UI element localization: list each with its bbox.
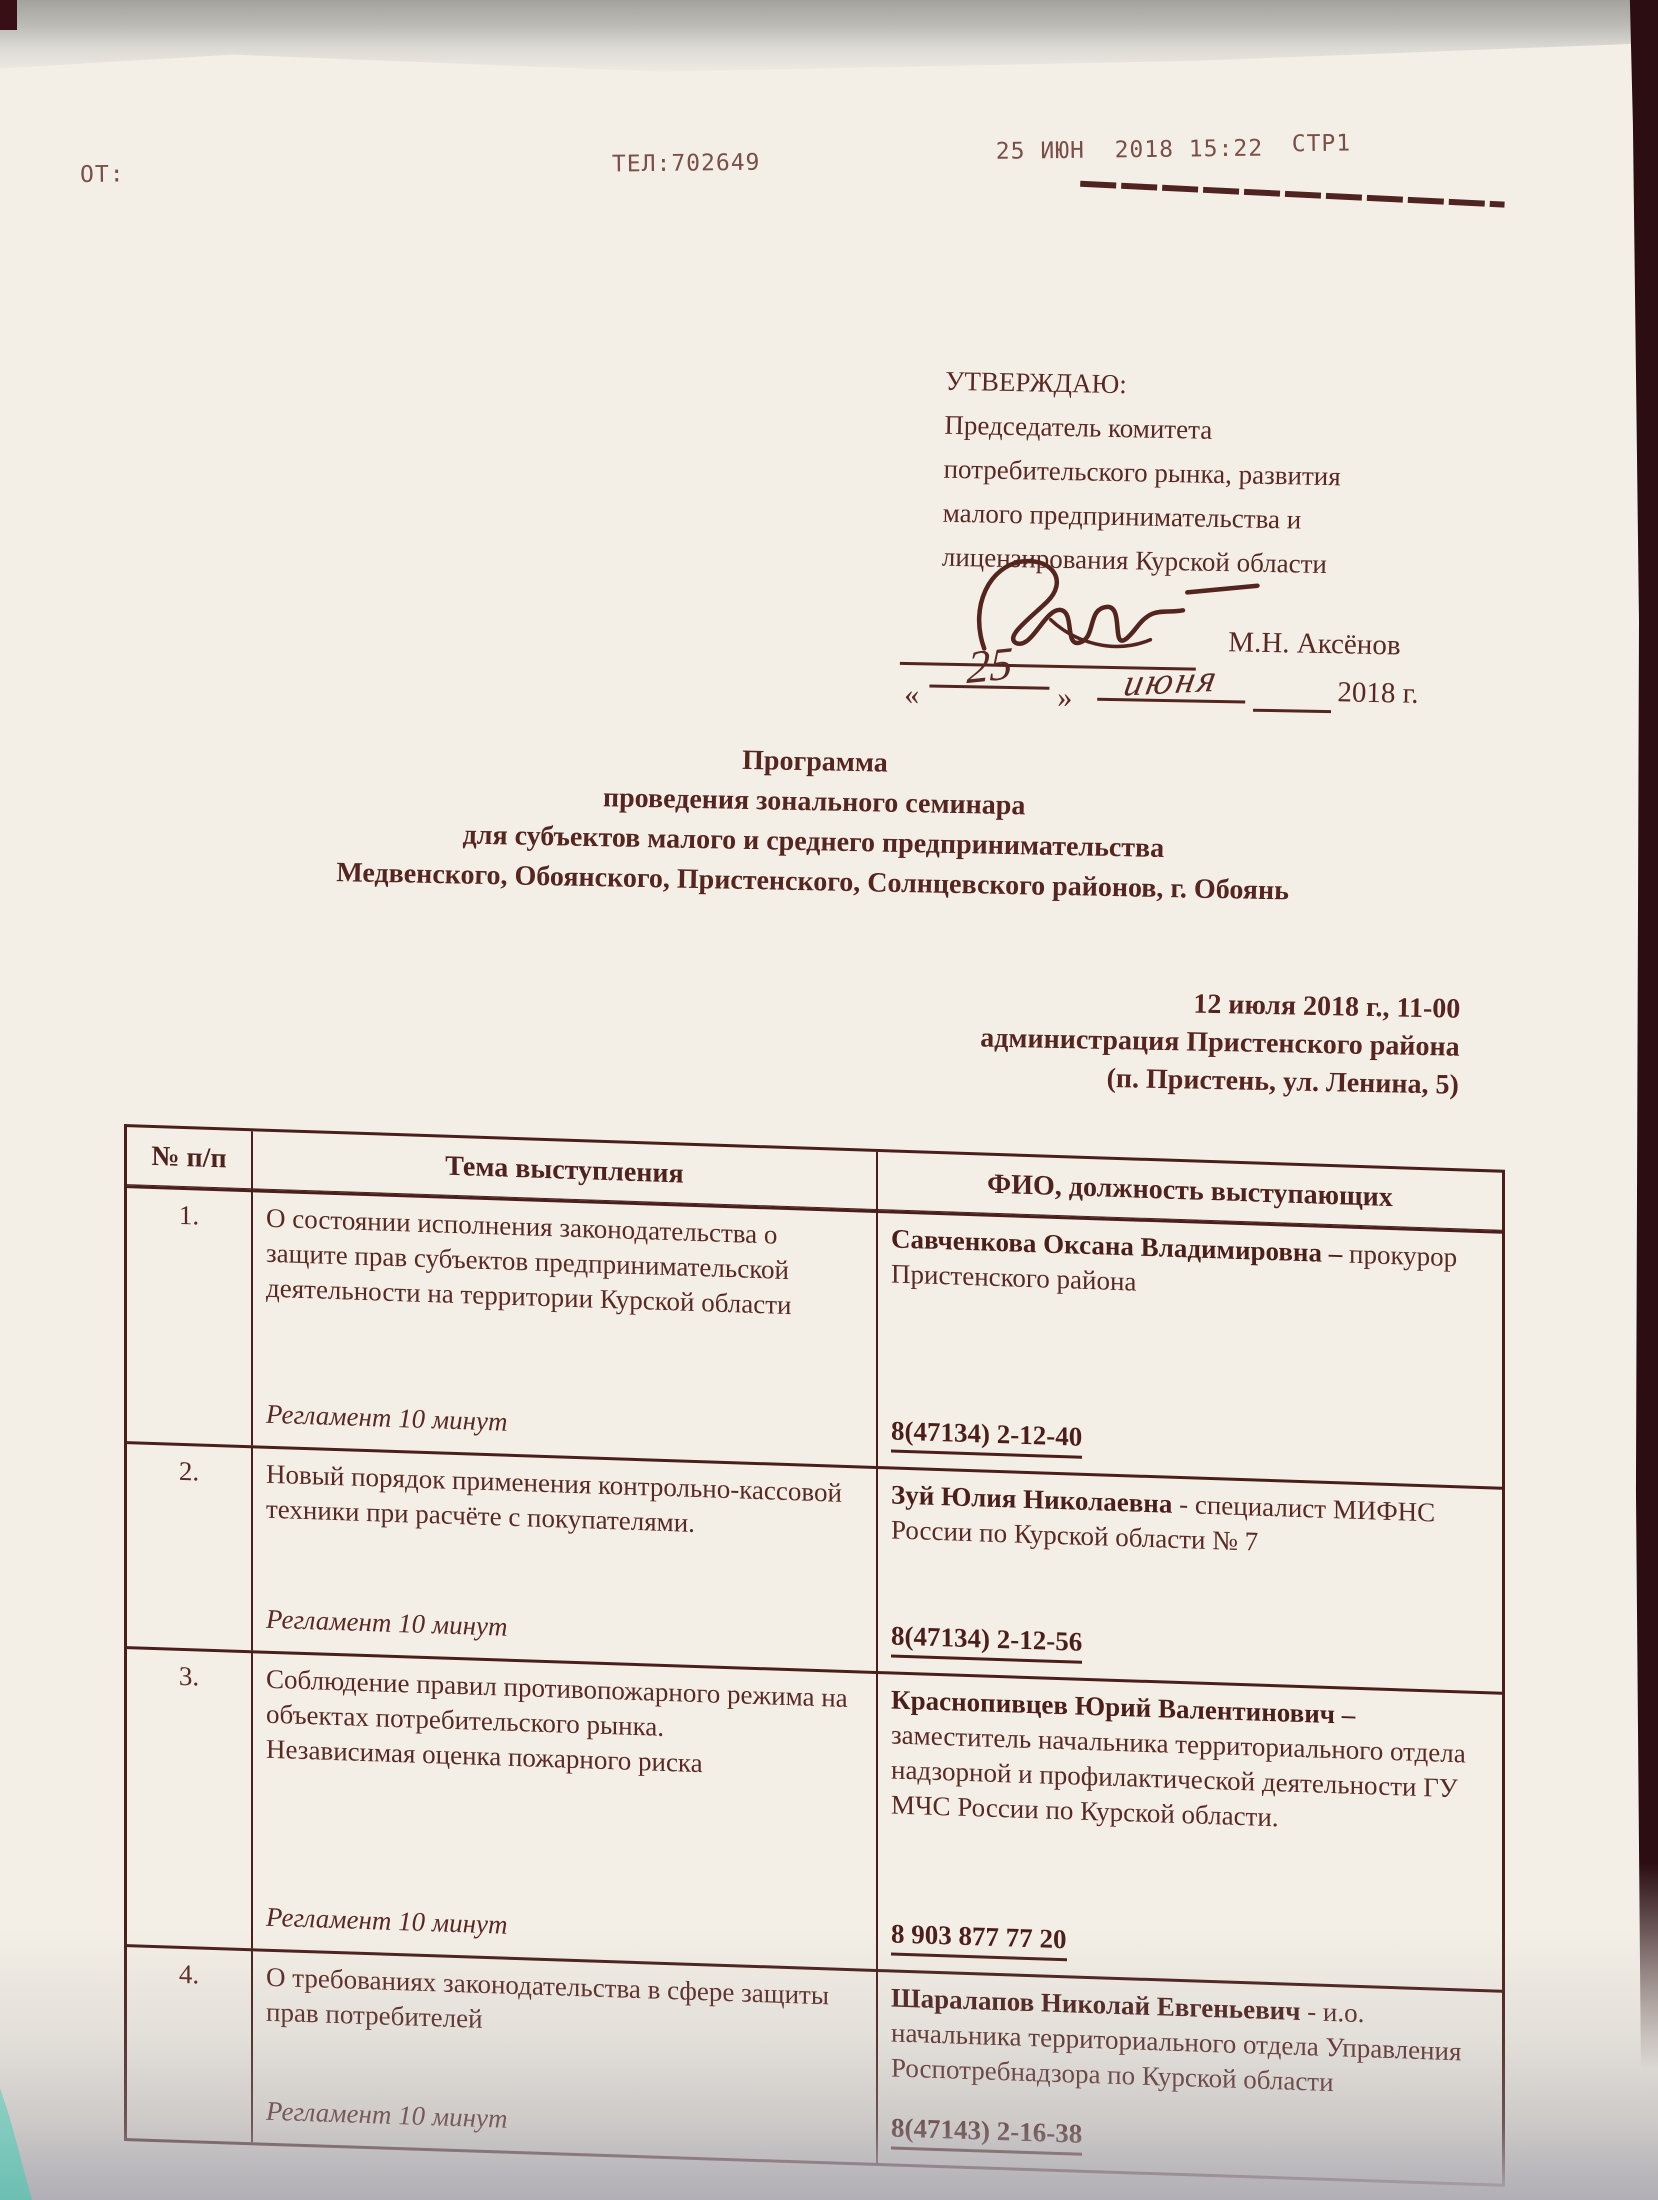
row-speaker-cell: Савченкова Оксана Владимировна – прокуро… bbox=[876, 1210, 1502, 1487]
reglament-text: Регламент 10 минут bbox=[266, 1900, 862, 1955]
speaker-text: Краснопивцев Юрий Валентинович – замести… bbox=[891, 1682, 1488, 1842]
document-title: Программа проведения зонального семинара… bbox=[137, 729, 1490, 915]
date-blank-line bbox=[1253, 681, 1332, 713]
topic-text: Соблюдение правил противопожарного режим… bbox=[266, 1662, 862, 1787]
scanner-background-sliver bbox=[0, 2088, 32, 2200]
speaker-text: Зуй Юлия Николаевна - специалист МИФНС Р… bbox=[891, 1477, 1488, 1567]
col-header-number: № п/п bbox=[127, 1127, 251, 1189]
row-topic-cell: Новый порядок применения контрольно-касс… bbox=[251, 1445, 876, 1671]
approver-name: М.Н. Аксёнов bbox=[1228, 626, 1401, 662]
date-year: 2018 г. bbox=[1337, 676, 1419, 711]
date-day-line: 25 bbox=[929, 644, 1050, 689]
date-quote-open: « bbox=[904, 678, 920, 712]
row-number: 2. bbox=[127, 1441, 251, 1650]
program-table: № п/п Тема выступления ФИО, должность вы… bbox=[124, 1124, 1505, 2187]
speaker-text: Савченкова Оксана Владимировна – прокуро… bbox=[891, 1221, 1488, 1311]
row-number: 4. bbox=[127, 1944, 251, 2142]
speaker-phone: 8(47134) 2-12-40 bbox=[891, 1413, 1082, 1458]
speaker-phone: 8 903 877 77 20 bbox=[891, 1916, 1067, 1961]
row-speaker-cell: Зуй Юлия Николаевна - специалист МИФНС Р… bbox=[876, 1466, 1502, 1692]
speaker-role: заместитель начальника территориального … bbox=[891, 1719, 1466, 1832]
scanned-fax-page: { "fax_header": { "from_label": "ОТ:", "… bbox=[0, 0, 1658, 2200]
row-speaker-cell: Краснопивцев Юрий Валентинович – замести… bbox=[876, 1671, 1502, 1990]
reglament-text: Регламент 10 минут bbox=[266, 2094, 862, 2149]
date-quote-close: » bbox=[1057, 681, 1073, 715]
topic-text: Новый порядок применения контрольно-касс… bbox=[266, 1457, 862, 1547]
speaker-phone: 8(47143) 2-16-38 bbox=[891, 2110, 1082, 2155]
row-topic-cell: О требованиях законодательства в сфере з… bbox=[251, 1948, 876, 2163]
reglament-text: Регламент 10 минут bbox=[266, 1602, 862, 1657]
row-speaker-cell: Шаралапов Николай Евгеньевич - и.о. нача… bbox=[876, 1969, 1502, 2184]
handwritten-month: июня bbox=[1121, 661, 1222, 702]
speaker-name: Зуй Юлия Николаевна bbox=[891, 1479, 1172, 1518]
row-number: 1. bbox=[127, 1185, 251, 1445]
document-upper-section: УТВЕРЖДАЮ: Председатель комитета потреби… bbox=[0, 0, 1658, 1136]
reglament-text: Регламент 10 минут bbox=[266, 1397, 862, 1452]
row-topic-cell: О состоянии исполнения законодательства … bbox=[251, 1189, 876, 1466]
speaker-text: Шаралапов Николай Евгеньевич - и.о. нача… bbox=[891, 1980, 1488, 2105]
row-number: 3. bbox=[127, 1646, 251, 1948]
row-topic-cell: Соблюдение правил противопожарного режим… bbox=[251, 1650, 876, 1969]
topic-text: О требованиях законодательства в сфере з… bbox=[266, 1960, 862, 2050]
handwritten-day: 25 bbox=[966, 643, 1013, 688]
speaker-phone: 8(47134) 2-12-56 bbox=[891, 1618, 1082, 1663]
topic-text: О состоянии исполнения законодательства … bbox=[266, 1201, 862, 1326]
date-month-line: июня bbox=[1097, 662, 1246, 704]
event-info: 12 июля 2018 г., 11-00 администрация При… bbox=[614, 975, 1461, 1105]
